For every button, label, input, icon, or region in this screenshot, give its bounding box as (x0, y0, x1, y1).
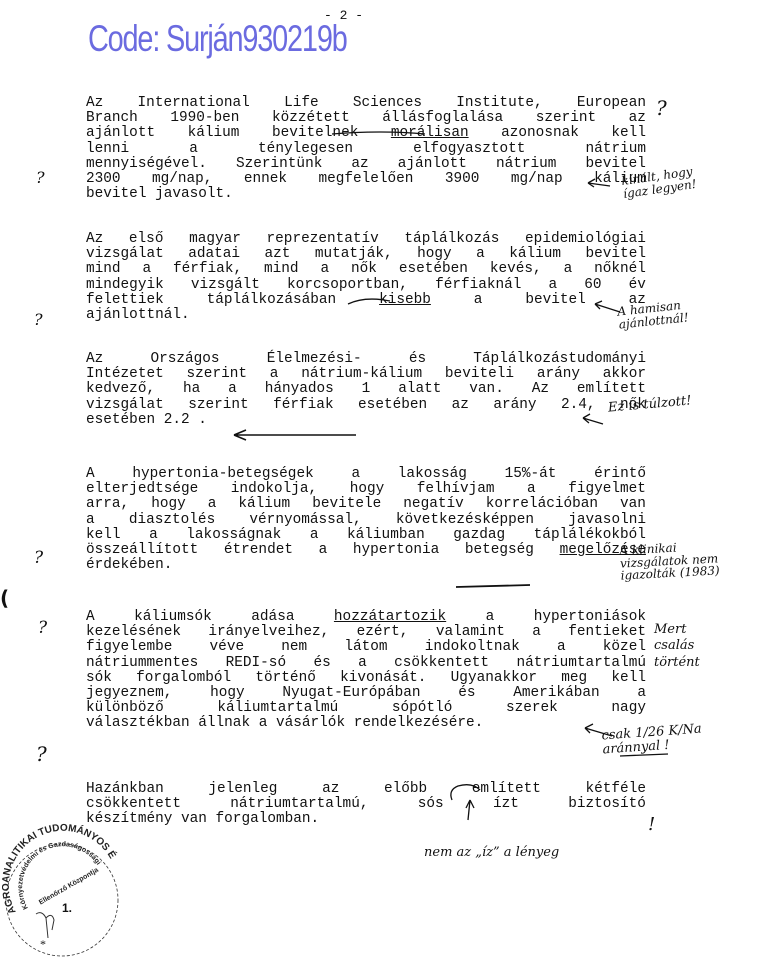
stamp-emblem-icon (36, 913, 54, 938)
arrow-icon (466, 800, 474, 820)
underline-mark (348, 299, 390, 304)
stamp-star-icon: * (40, 937, 46, 951)
organization-stamp: AGROANALITIKAI TUDOMÁNYOS ÉS Környezetvé… (2, 820, 122, 960)
arrow-icon (595, 301, 620, 312)
circle-mark (451, 785, 480, 800)
arrow-icon (588, 179, 610, 187)
stamp-number: 1. (62, 901, 72, 915)
underline-mark (456, 585, 530, 587)
arrow-icon (585, 724, 612, 736)
underline-mark (332, 132, 425, 134)
underline-mark (620, 754, 668, 756)
arrow-icon (583, 414, 603, 424)
arrow-icon (234, 430, 356, 440)
